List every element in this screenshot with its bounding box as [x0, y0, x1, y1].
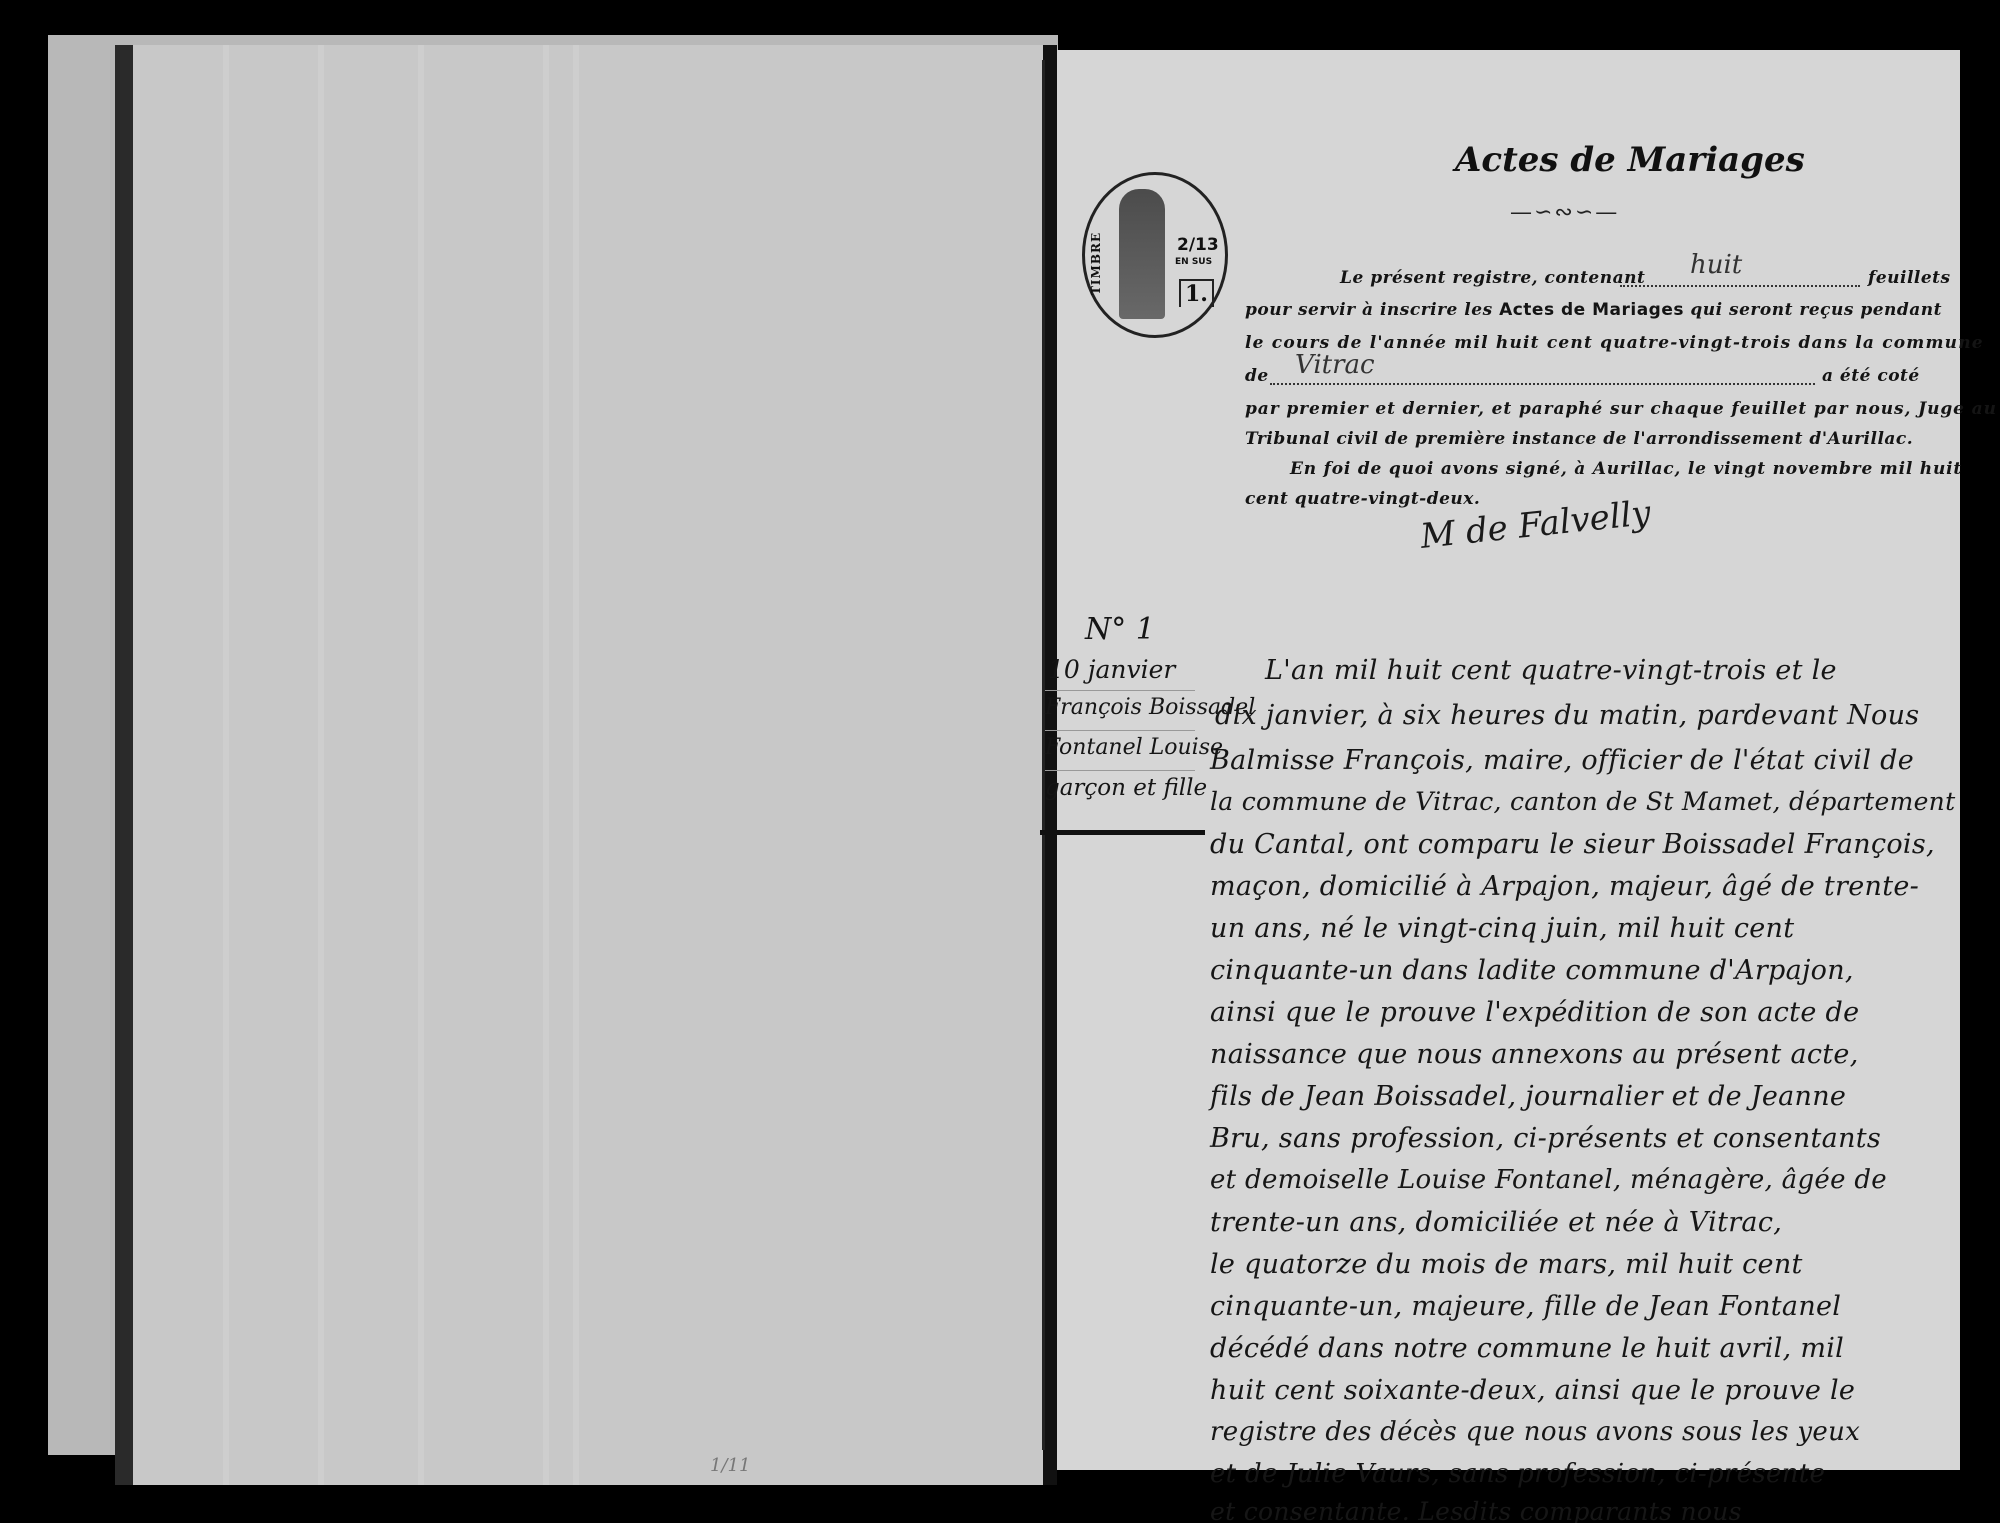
entry-line: et consentante. Lesdits comparants nous	[1210, 1497, 1742, 1523]
entry-line: du Cantal, ont comparu le sieur Boissade…	[1210, 829, 1935, 860]
entry-line: ainsi que le prouve l'expédition de son …	[1210, 997, 1859, 1028]
entry-line: cinquante-un dans ladite commune d'Arpaj…	[1210, 955, 1854, 986]
register-title: Actes de Mariages	[1455, 140, 1805, 180]
entry-line: naissance que nous annexons au présent a…	[1210, 1039, 1859, 1070]
handwritten-leaf-count: huit	[1690, 250, 1742, 280]
entry-line: trente-un ans, domiciliée et née à Vitra…	[1210, 1207, 1782, 1238]
entry-line: la commune de Vitrac, canton de St Mamet…	[1210, 787, 1955, 816]
preamble-line7: En foi de quoi avons signé, à Aurillac, …	[1290, 459, 1962, 479]
entry-line: dix janvier, à six heures du matin, pard…	[1215, 700, 1919, 731]
preamble-line4-a: de	[1245, 366, 1269, 386]
stamp-number: 1.	[1179, 279, 1214, 307]
justice-figure-icon	[1119, 189, 1165, 319]
entry-line: Balmisse François, maire, officier de l'…	[1210, 745, 1914, 776]
margin-bride: Fontanel Louise	[1045, 735, 1223, 760]
stamp-value: 2/13	[1177, 235, 1219, 255]
margin-date: 10 janvier	[1048, 655, 1175, 684]
entry-line: Bru, sans profession, ci-présents et con…	[1210, 1123, 1881, 1154]
paper-streak	[418, 45, 424, 1485]
paper-streak	[223, 45, 229, 1485]
paper-streak	[573, 45, 579, 1485]
paper-streak	[543, 45, 549, 1485]
stamp-ring-text: TIMBRE	[1089, 232, 1103, 295]
entry-line: cinquante-un, majeure, fille de Jean Fon…	[1210, 1291, 1841, 1322]
stamp-value-sub: EN SUS	[1175, 257, 1212, 267]
tax-stamp: TIMBRE 2/13 EN SUS 1.	[1082, 172, 1228, 338]
title-ornament: —∽∾∽—	[1510, 200, 1619, 225]
entry-line: L'an mil huit cent quatre-vingt-trois et…	[1265, 655, 1837, 686]
preamble-line1-b: feuillets	[1868, 268, 1951, 288]
entry-line: maçon, domicilié à Arpajon, majeur, âgé …	[1210, 871, 1919, 902]
preamble-line2: pour servir à inscrire les Actes de Mari…	[1245, 300, 1942, 320]
entry-number: N° 1	[1085, 612, 1155, 647]
dotted-fill-line	[1620, 285, 1860, 287]
dotted-fill-line	[1270, 383, 1815, 385]
margin-rule-line	[1045, 690, 1195, 691]
preamble-line5: par premier et dernier, et paraphé sur c…	[1245, 399, 1997, 419]
entry-line: et demoiselle Louise Fontanel, ménagère,…	[1210, 1165, 1887, 1195]
entry-margin-divider	[1040, 830, 1205, 835]
margin-status: garçon et fille	[1045, 775, 1207, 801]
entry-line: le quatorze du mois de mars, mil huit ce…	[1210, 1249, 1803, 1280]
preamble-line6: Tribunal civil de première instance de l…	[1245, 429, 1913, 449]
pencil-mark: 1/11	[710, 1455, 750, 1476]
entry-line: et de Julie Vaurs, sans profession, ci-p…	[1210, 1459, 1825, 1489]
left-page-blank	[115, 45, 1055, 1485]
entry-line: huit cent soixante-deux, ainsi que le pr…	[1210, 1375, 1855, 1406]
margin-rule-line	[1045, 730, 1195, 731]
handwritten-commune: Vitrac	[1295, 350, 1375, 380]
entry-line: registre des décès que nous avons sous l…	[1210, 1417, 1860, 1447]
paper-streak	[318, 45, 324, 1485]
preamble-line4-b: a été coté	[1822, 366, 1920, 386]
preamble-line8: cent quatre-vingt-deux.	[1245, 489, 1480, 509]
entry-line: fils de Jean Boissadel, journalier et de…	[1210, 1081, 1846, 1112]
book-gutter	[1043, 45, 1057, 1485]
entry-line: décédé dans notre commune le huit avril,…	[1210, 1333, 1844, 1364]
margin-rule-line	[1045, 770, 1195, 771]
entry-line: un ans, né le vingt-cinq juin, mil huit …	[1210, 913, 1794, 944]
preamble-line1-a: Le présent registre, contenant	[1340, 268, 1645, 288]
